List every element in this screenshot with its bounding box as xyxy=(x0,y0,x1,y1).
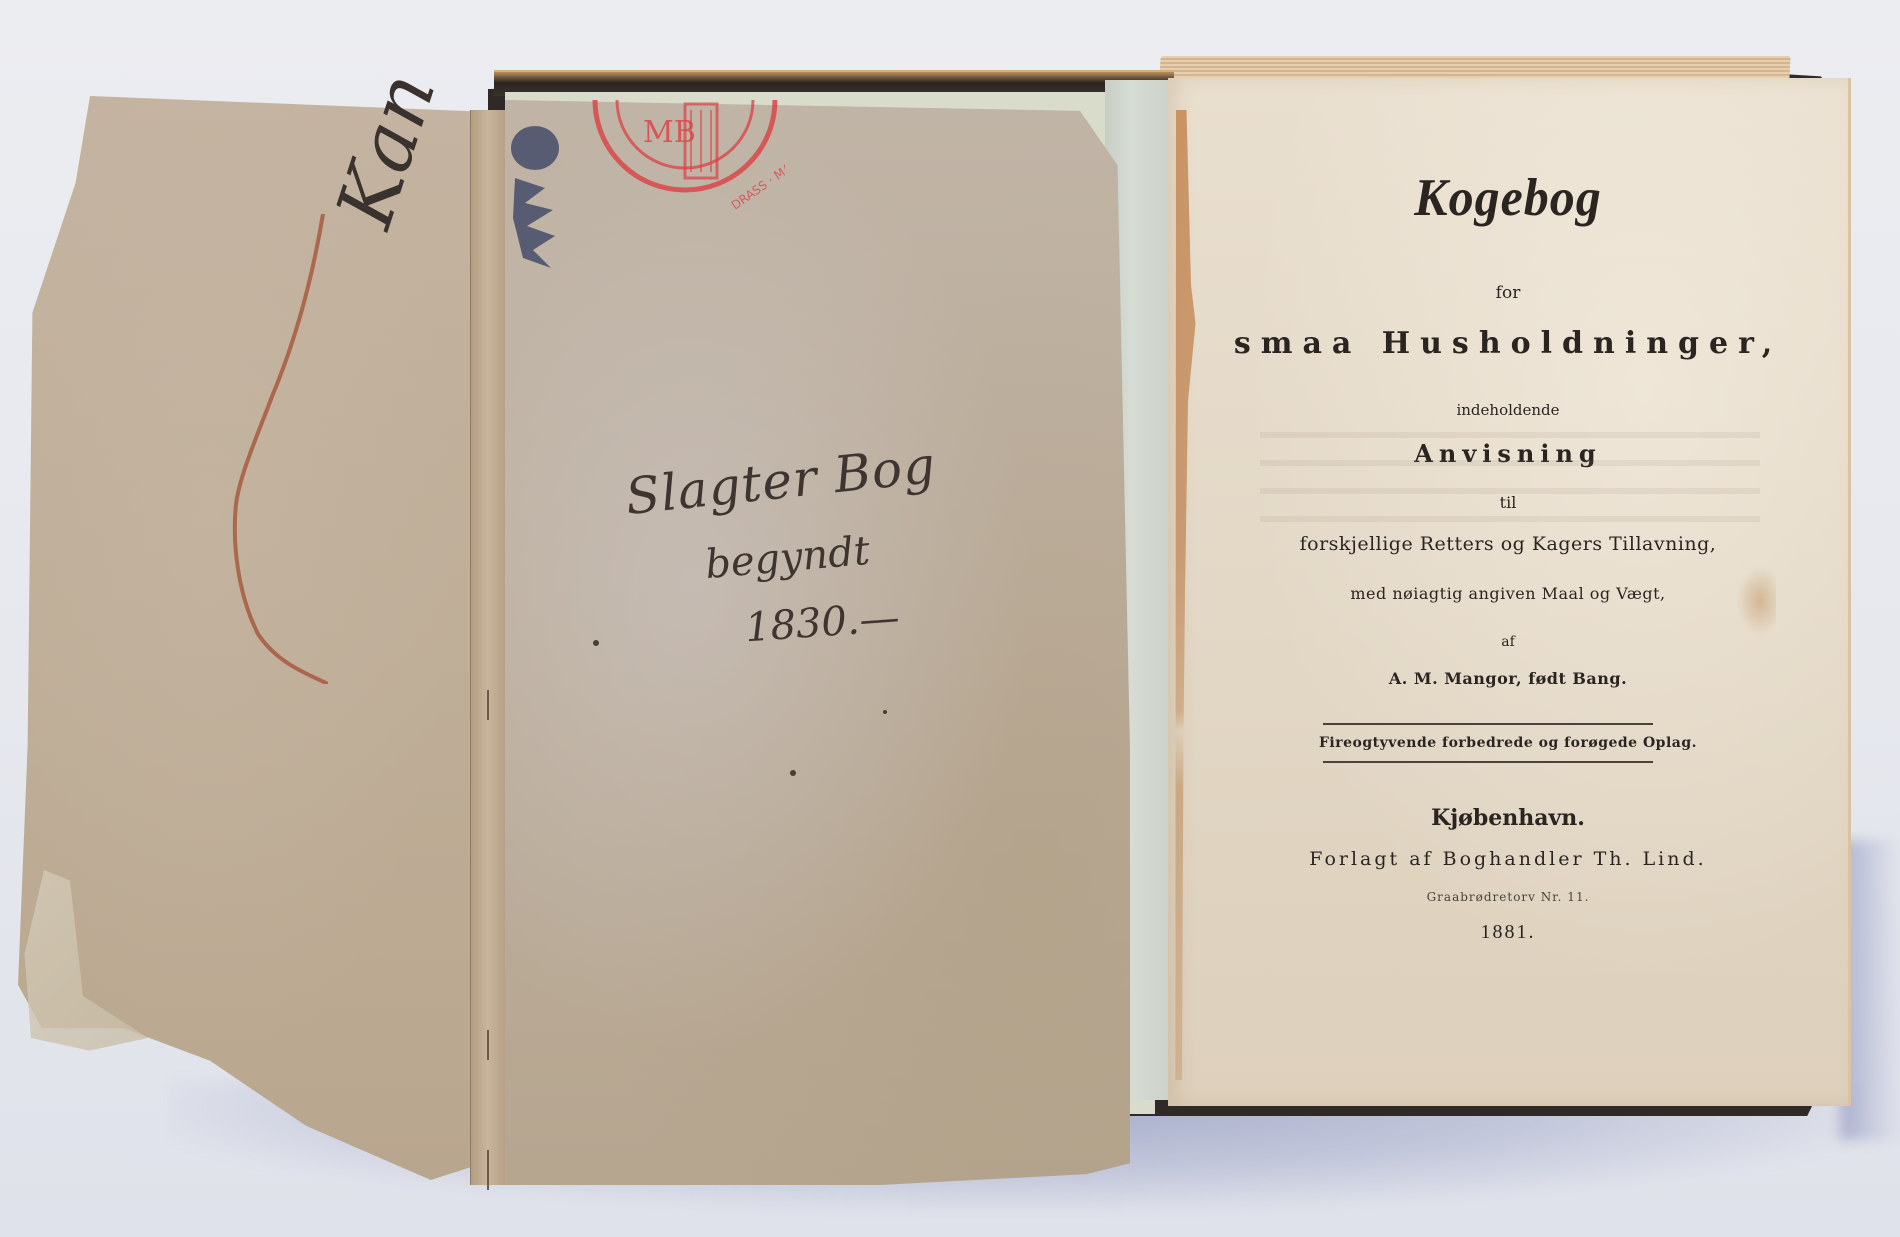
blue-stamp xyxy=(505,118,585,278)
book-edition: Fireogtyvende forbedrede og forøgede Opl… xyxy=(1168,735,1848,751)
spine-stitch xyxy=(487,1030,489,1060)
wrapper-spine xyxy=(470,110,508,1185)
title-for: for xyxy=(1168,283,1848,303)
book-title: Kogebog xyxy=(1168,167,1848,228)
speck xyxy=(790,770,796,776)
book-subtitle: smaa Husholdninger, xyxy=(1168,326,1848,361)
edition-rule-bottom xyxy=(1323,761,1653,763)
red-stain-line xyxy=(228,214,328,684)
title-dishes: forskjellige Retters og Kagers Tillavnin… xyxy=(1168,533,1848,555)
book-publisher: Forlagt af Boghandler Th. Lind. xyxy=(1168,848,1848,870)
stamp-ring-text: DRASS · MAR xyxy=(729,156,785,213)
speck xyxy=(883,710,887,714)
edition-rule-top xyxy=(1323,723,1653,725)
publisher-address: Graabrødretorv Nr. 11. xyxy=(1168,890,1848,904)
speck xyxy=(593,640,599,646)
book-author: A. M. Mangor, født Bang. xyxy=(1168,669,1848,688)
title-by: af xyxy=(1168,634,1848,650)
stamp-letters: MB xyxy=(643,115,696,150)
show-through-text xyxy=(1260,422,1760,522)
page-stain xyxy=(1736,566,1776,636)
spine-stitch xyxy=(487,690,489,720)
red-library-stamp: MB DRASS · MAR xyxy=(585,100,785,250)
spine-stitch xyxy=(487,1150,489,1190)
publication-city: Kjøbenhavn. xyxy=(1168,805,1848,831)
title-containing: indeholdende xyxy=(1168,401,1848,419)
page-edges xyxy=(1159,56,1790,80)
publication-year: 1881. xyxy=(1168,921,1848,944)
